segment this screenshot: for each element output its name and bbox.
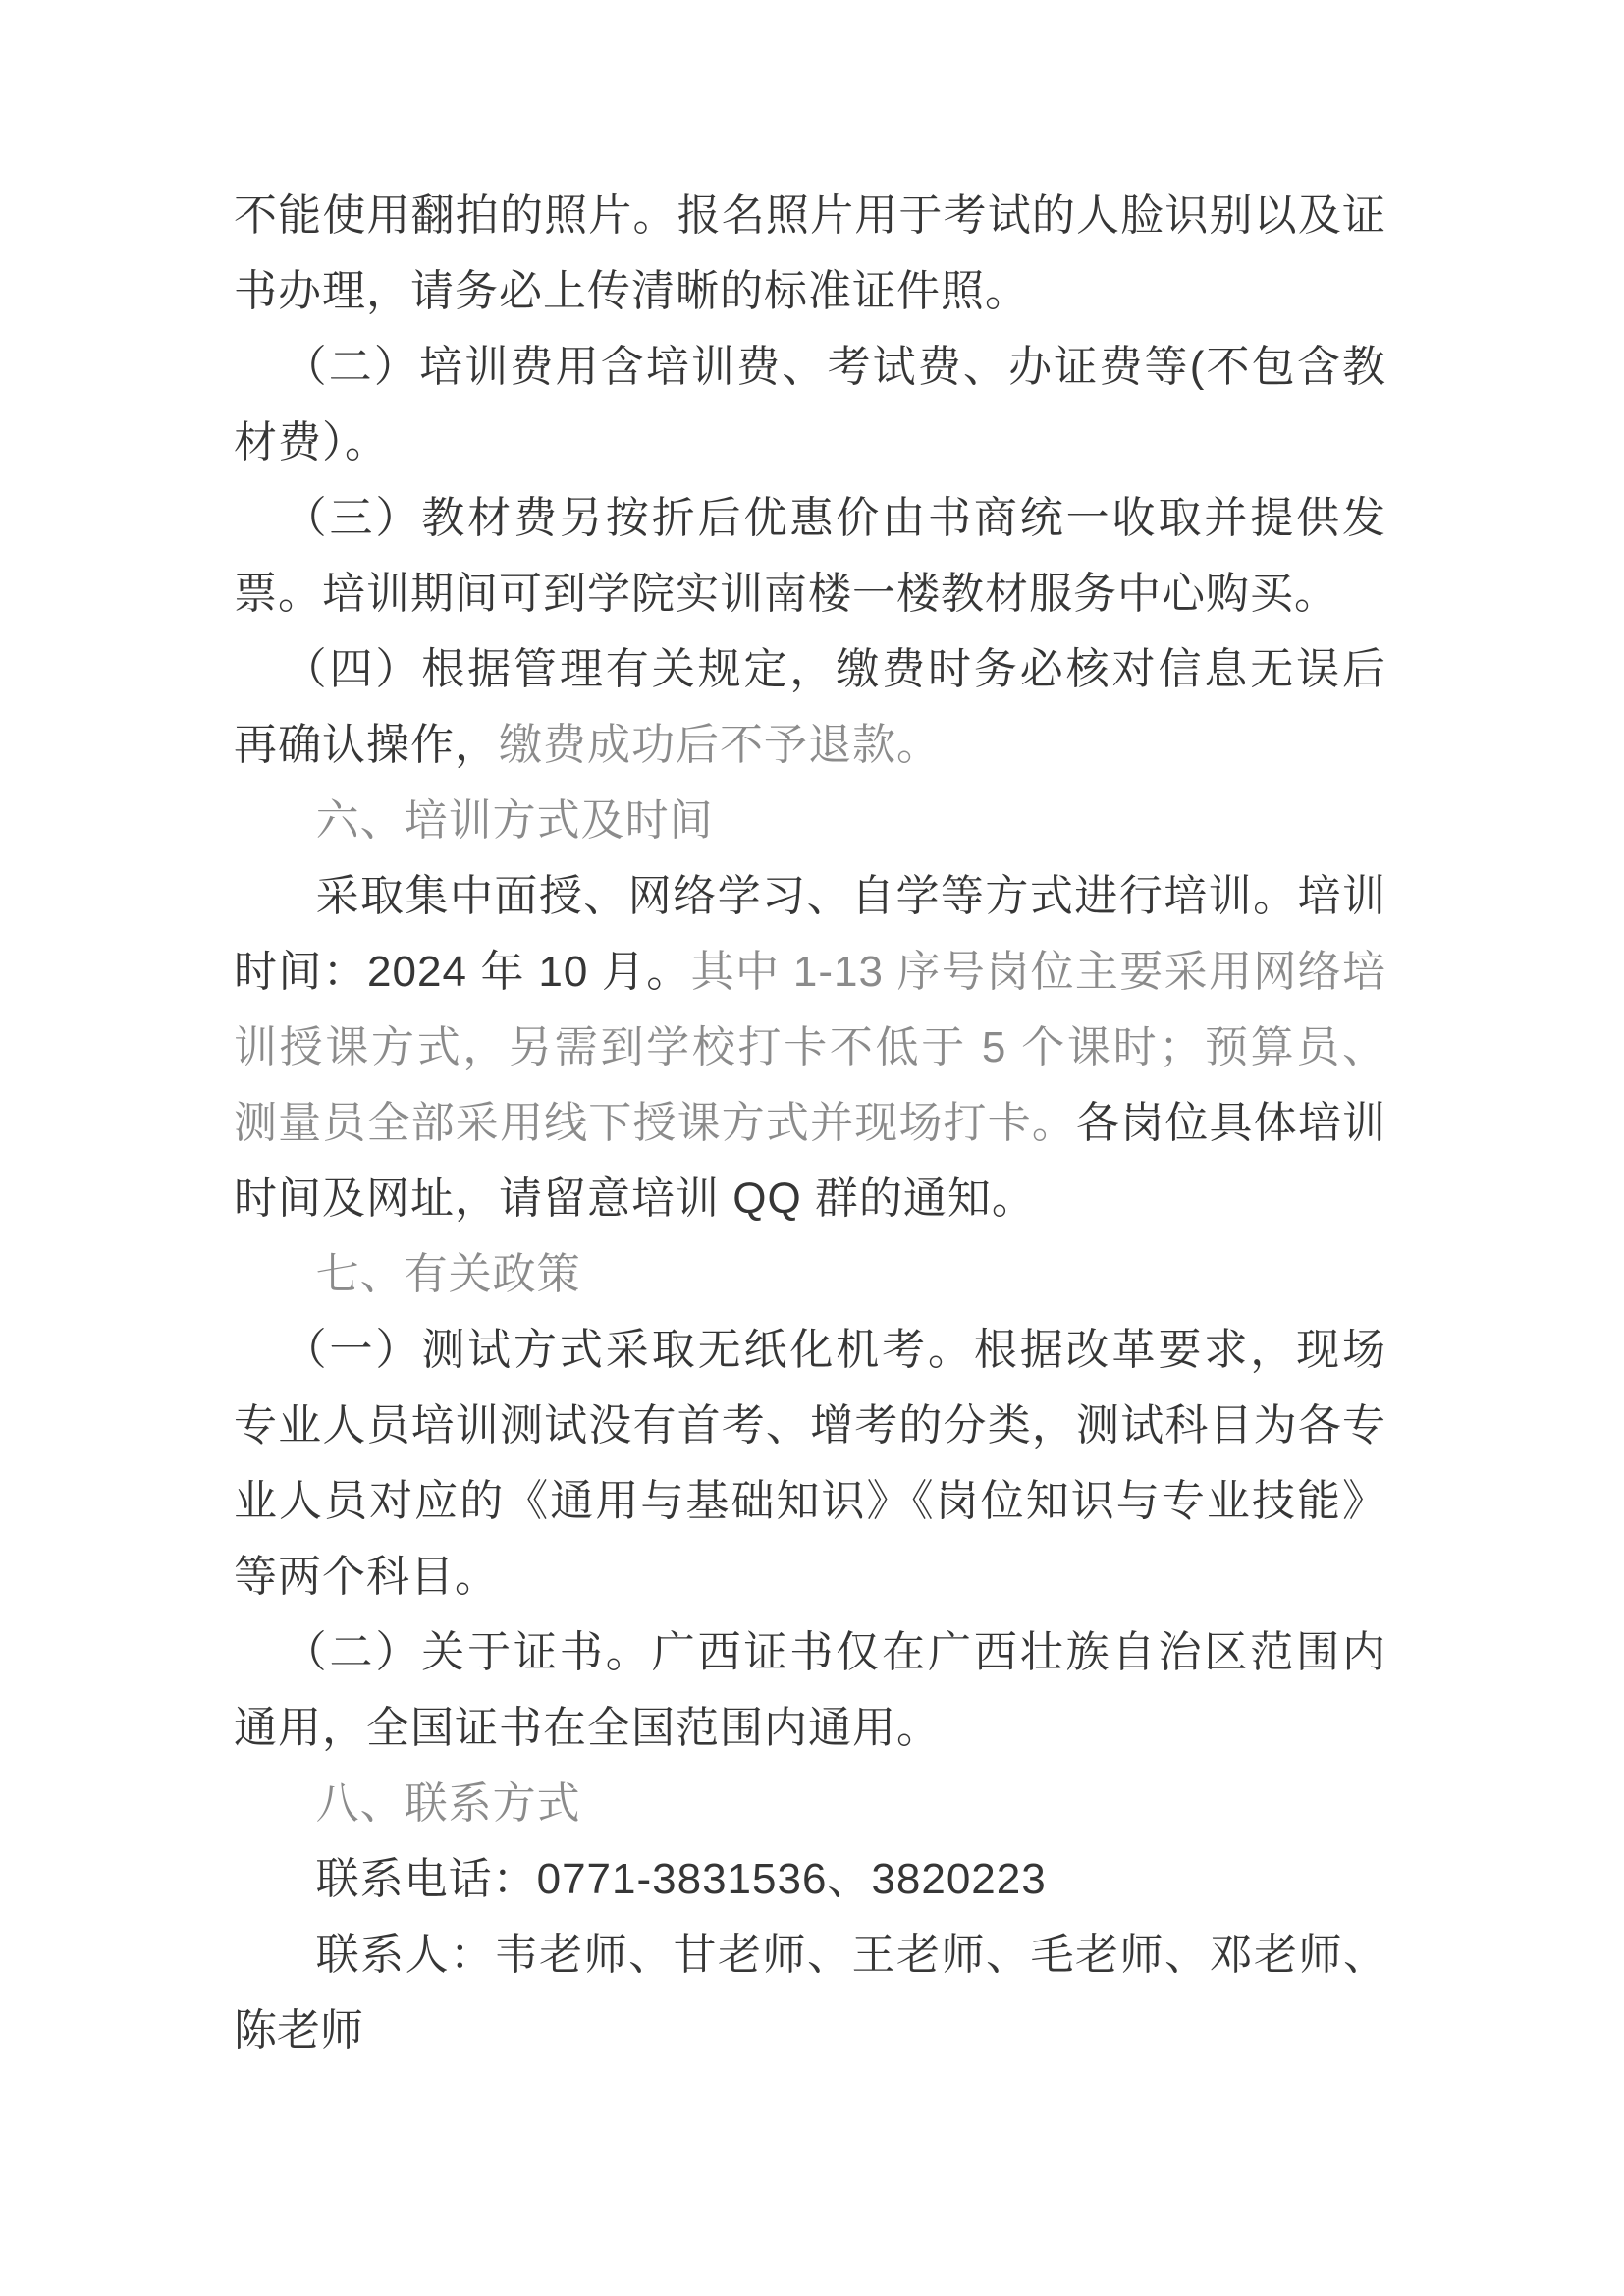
para-fee-refund: （四）根据管理有关规定，缴费时务必核对信息无误后再确认操作，缴费成功后不予退款。 [234, 631, 1386, 783]
contact-phone-line: 联系电话：0771-3831536、3820223 [234, 1841, 1386, 1917]
section-heading-policy: 七、有关政策 [234, 1236, 1386, 1312]
refund-warning-text: 缴费成功后不予退款。 [499, 721, 941, 769]
section-heading-training-method: 六、培训方式及时间 [234, 783, 1386, 858]
para-fee-includes: （二）培训费用含培训费、考试费、办证费等(不包含教材费）。 [234, 329, 1386, 480]
para-policy-certificate: （二）关于证书。广西证书仅在广西壮族自治区范围内通用，全国证书在全国范围内通用。 [234, 1614, 1386, 1766]
section-heading-contact: 八、联系方式 [234, 1766, 1386, 1841]
para-fee-textbook: （三）教材费另按折后优惠价由书商统一收取并提供发票。培训期间可到学院实训南楼一楼… [234, 480, 1386, 631]
scanned-notice-page: 不能使用翻拍的照片。报名照片用于考试的人脸识别以及证书办理，请务必上传清晰的标准… [0, 0, 1624, 2296]
para-policy-exam: （一）测试方式采取无纸化机考。根据改革要求，现场专业人员培训测试没有首考、增考的… [234, 1312, 1386, 1614]
para-photo-requirement: 不能使用翻拍的照片。报名照片用于考试的人脸识别以及证书办理，请务必上传清晰的标准… [234, 178, 1386, 329]
para-training-schedule: 采取集中面授、网络学习、自学等方式进行培训。培训时间：2024 年 10 月。其… [234, 858, 1386, 1236]
contact-person-line: 联系人：韦老师、甘老师、王老师、毛老师、邓老师、陈老师 [234, 1917, 1386, 2068]
